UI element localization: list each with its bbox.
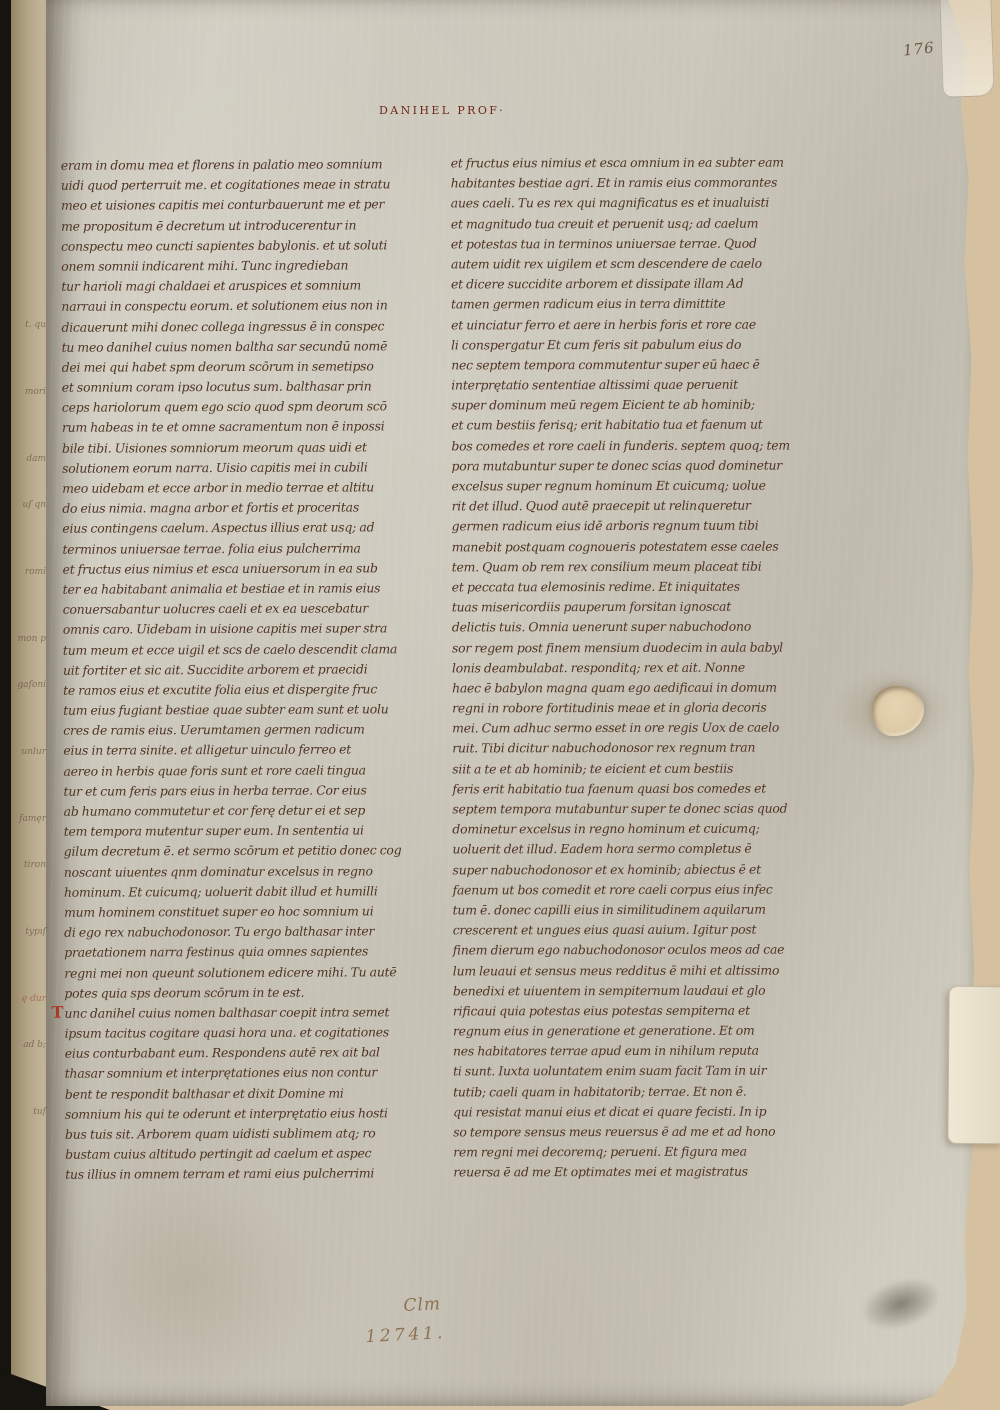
text-line: excelsus super regnum hominum Et cuicumq… bbox=[451, 476, 783, 497]
text-line: autem uidit rex uigilem et scm descender… bbox=[451, 254, 783, 275]
text-line: rem regni mei decoremq; perueni. Et figu… bbox=[453, 1142, 785, 1163]
text-line: mum hominem constituet super eo hoc somn… bbox=[64, 901, 396, 923]
text-line: et fructus eius nimius et esca omnium in… bbox=[451, 153, 783, 174]
text-line: uidi quod perterruit me. et cogitationes… bbox=[61, 174, 393, 196]
text-line: tur et cum feris pars eius in herba terr… bbox=[63, 780, 395, 802]
text-line: et dicere succidite arborem et dissipate… bbox=[451, 274, 783, 295]
text-line: pora mutabuntur super te donec scias quo… bbox=[451, 455, 783, 476]
text-line: bile tibi. Uisiones somniorum meorum qua… bbox=[62, 437, 394, 459]
text-line: somnium his qui te oderunt et interpręta… bbox=[65, 1103, 397, 1125]
text-line: delictis tuis. Omnia uenerunt super nabu… bbox=[452, 617, 784, 638]
text-line: et fructus eius nimius et esca uniuersor… bbox=[63, 558, 395, 580]
text-line: bos comedes et rore caeli in funderis. s… bbox=[451, 435, 783, 456]
text-line: ab humano commutetur et cor ferę detur e… bbox=[64, 800, 396, 822]
text-line: tamen germen radicum eius in terra dimit… bbox=[451, 294, 783, 315]
text-line: siit a te et ab hominib; te eicient et c… bbox=[452, 758, 784, 779]
margin-fragment: romi bbox=[25, 567, 46, 577]
text-line: tem. Quam ob rem rex consilium meum plac… bbox=[452, 556, 784, 577]
text-line: so tempore sensus meus reuersus ē ad me … bbox=[453, 1122, 785, 1143]
text-line: tem tempora mutentur super eum. In sente… bbox=[64, 820, 396, 842]
text-line: rum habeas in te et omne sacramentum non… bbox=[62, 417, 394, 439]
margin-fragment: tuſ bbox=[33, 1107, 46, 1117]
margin-fragment: tiron bbox=[24, 860, 46, 870]
text-line: rit det illud. Quod autē praecepit ut re… bbox=[452, 496, 784, 517]
text-line: septem tempora mutabuntur super te donec… bbox=[452, 799, 784, 820]
repair-strip-right bbox=[947, 986, 1000, 1144]
text-line: regni in robore fortitudinis meae et in … bbox=[452, 698, 784, 719]
text-line: reuersa ē ad me Et optimates mei et magi… bbox=[453, 1162, 785, 1183]
text-line: dei mei qui habet spm deorum scōrum in s… bbox=[62, 356, 394, 378]
text-line: meo uidebam et ecce arbor in medio terra… bbox=[62, 477, 394, 499]
text-line: regni mei non queunt solutionem edicere … bbox=[64, 962, 396, 984]
text-line: benedixi et uiuentem in sempiternum laud… bbox=[453, 980, 785, 1001]
text-line: super nabuchodonosor et ex hominib; abie… bbox=[453, 859, 785, 880]
text-line: super dominum meū regem Eicient te ab ho… bbox=[451, 395, 783, 416]
text-line: haec ē babylon magna quam ego aedificaui… bbox=[452, 677, 784, 698]
text-line: onem somnii indicarent mihi. Tunc ingred… bbox=[61, 255, 393, 277]
text-line: do eius nimia. magna arbor et fortis et … bbox=[62, 497, 394, 519]
text-line: tuas misericordiis pauperum forsitan ign… bbox=[452, 597, 784, 618]
text-line: uit fortiter et sic ait. Succidite arbor… bbox=[63, 659, 395, 681]
text-column-left: eram in domu mea et florens in palatio m… bbox=[61, 154, 397, 1185]
text-line: cres de ramis eius. Uerumtamen germen ra… bbox=[63, 720, 395, 742]
text-line: manebit postquam cognoueris potestatem e… bbox=[452, 536, 784, 557]
text-line: Tunc danihel cuius nomen balthasar coepi… bbox=[64, 1002, 396, 1024]
text-line: ceps hariolorum quem ego scio quod spm d… bbox=[62, 397, 394, 419]
text-line: li conspergatur Et cum feris sit pabulum… bbox=[451, 334, 783, 355]
text-line: ruit. Tibi dicitur nabuchodonosor rex re… bbox=[452, 738, 784, 759]
text-line: interprętatio sententiae altissimi quae … bbox=[451, 375, 783, 396]
text-line: bustam cuius altitudo pertingit ad caelu… bbox=[65, 1143, 397, 1165]
text-line: lum leuaui et sensus meus redditus ē mih… bbox=[453, 960, 785, 981]
text-line: di ego rex nabuchodonosor. Tu ergo balth… bbox=[64, 921, 396, 943]
margin-fragment: ad b; bbox=[23, 1040, 46, 1050]
text-line: nes habitatores terrae apud eum in nihil… bbox=[453, 1041, 785, 1062]
text-line: qui resistat manui eius et dicat ei quar… bbox=[453, 1101, 785, 1122]
facing-page-text-fragments: t. qumoridamuſ qnromimon pgaſoniunlurfam… bbox=[10, 320, 50, 1200]
manuscript-photo: t. qumoridamuſ qnromimon pgaſoniunlurfam… bbox=[0, 0, 1000, 1410]
text-line: terminos uniuersae terrae. folia eius pu… bbox=[62, 538, 394, 560]
text-line: meo et uisiones capitis mei conturbaueru… bbox=[61, 195, 393, 217]
text-line: ter ea habitabant animalia et bestiae et… bbox=[63, 578, 395, 600]
text-line: uoluerit det illud. Eadem hora sermo com… bbox=[452, 839, 784, 860]
margin-fragment: t. qu bbox=[25, 320, 46, 330]
text-line: et somnium coram ipso locutus sum. balth… bbox=[62, 376, 394, 398]
text-line: eius conturbabant eum. Respondens autē r… bbox=[65, 1043, 397, 1065]
margin-fragment: uſ qn bbox=[22, 500, 46, 510]
text-line: mei. Cum adhuc sermo esset in ore regis … bbox=[452, 718, 784, 739]
text-line: tum eius fugiant bestiae quae subter eam… bbox=[63, 699, 395, 721]
text-line: aereo in herbis quae foris sunt et rore … bbox=[63, 760, 395, 782]
text-line: solutionem eorum narra. Uisio capitis me… bbox=[62, 457, 394, 479]
text-line: habitantes bestiae agri. Et in ramis eiu… bbox=[451, 173, 783, 194]
text-line: praetationem narra festinus quia omnes s… bbox=[64, 942, 396, 964]
text-line: ti sunt. Iuxta uoluntatem enim suam faci… bbox=[453, 1061, 785, 1082]
text-line: et magnitudo tua creuit et peruenit usq;… bbox=[451, 213, 783, 234]
text-line: et peccata tua elemosinis redime. Et ini… bbox=[452, 577, 784, 598]
text-line: nec septem tempora commutentur super eū … bbox=[451, 354, 783, 375]
text-line: omnis caro. Uidebam in uisione capitis m… bbox=[63, 619, 395, 641]
text-line: tutib; caeli quam in habitatorib; terrae… bbox=[453, 1081, 785, 1102]
folio-number: 176 bbox=[902, 38, 935, 59]
text-line: eram in domu mea et florens in palatio m… bbox=[61, 154, 393, 176]
parchment-stain bbox=[60, 1180, 320, 1390]
margin-fragment: unlur bbox=[21, 747, 46, 757]
text-line: bus tuis sit. Arborem quam uidisti subli… bbox=[65, 1123, 397, 1145]
text-line: hominum. Et cuicumq; uoluerit dabit illu… bbox=[64, 881, 396, 903]
text-line: eius contingens caelum. Aspectus illius … bbox=[62, 518, 394, 540]
margin-fragment: gaſoni bbox=[17, 680, 46, 690]
text-line: gilum decretum ē. et sermo scōrum et pet… bbox=[64, 841, 396, 863]
text-line: te ramos eius et excutite folia eius et … bbox=[63, 679, 395, 701]
text-line: dominetur excelsus in regno hominum et c… bbox=[452, 819, 784, 840]
margin-fragment: typıſ bbox=[25, 927, 46, 937]
text-line: potes quia sps deorum scōrum in te est. bbox=[64, 982, 396, 1004]
text-line: dicauerunt mihi donec collega ingressus … bbox=[61, 316, 393, 338]
text-line: aues caeli. Tu es rex qui magnificatus e… bbox=[451, 193, 783, 214]
text-line: eius in terra sinite. et alligetur uincu… bbox=[63, 740, 395, 762]
text-line: et cum bestiis ferisq; erit habitatio tu… bbox=[451, 415, 783, 436]
text-line: feris erit habitatio tua faenum quasi bo… bbox=[452, 778, 784, 799]
text-line: faenum ut bos comedit et rore caeli corp… bbox=[453, 879, 785, 900]
text-line: lonis deambulabat. responditq; rex et ai… bbox=[452, 657, 784, 678]
margin-fragment: dam bbox=[26, 454, 46, 464]
text-line: regnum eius in generatione et generation… bbox=[453, 1021, 785, 1042]
text-line: conuersabantur uolucres caeli et ex ea u… bbox=[63, 598, 395, 620]
text-line: et potestas tua in terminos uniuersae te… bbox=[451, 233, 783, 254]
running-header: DANIHEL PROF· bbox=[379, 104, 505, 117]
repair-strip-top-right bbox=[939, 0, 995, 98]
text-line: rificaui quia potestas eius potestas sem… bbox=[453, 1000, 785, 1021]
margin-fragment: ę dur bbox=[22, 994, 46, 1004]
text-line: conspectu meo cuncti sapientes babylonis… bbox=[61, 235, 393, 257]
text-line: tu meo danihel cuius nomen baltha sar se… bbox=[62, 336, 394, 358]
text-column-right: et fructus eius nimius et esca omnium in… bbox=[451, 153, 786, 1183]
text-line: tum meum et ecce uigil et scs de caelo d… bbox=[63, 639, 395, 661]
text-line: bent te respondit balthasar et dixit Dom… bbox=[65, 1083, 397, 1105]
margin-fragment: mori bbox=[25, 387, 46, 397]
text-line: et uinciatur ferro et aere in herbis for… bbox=[451, 314, 783, 335]
text-line: tus illius in omnem terram et rami eius … bbox=[65, 1164, 397, 1186]
text-line: germen radicum eius idē arboris regnum t… bbox=[452, 516, 784, 537]
text-line: narraui in conspectu eorum. et solutione… bbox=[61, 296, 393, 318]
text-line: crescerent et ungues eius quasi auium. I… bbox=[453, 920, 785, 941]
shelfmark: Clm 12741. bbox=[329, 1292, 481, 1349]
text-line: tur harioli magi chaldaei et aruspices e… bbox=[61, 275, 393, 297]
text-line: noscant uiuentes qnm dominatur excelsus … bbox=[64, 861, 396, 883]
text-line: me propositum ē decretum ut introduceren… bbox=[61, 215, 393, 237]
text-line: ipsum tacitus cogitare quasi hora una. e… bbox=[65, 1022, 397, 1044]
text-line: thasar somnium et interprętationes eius … bbox=[65, 1063, 397, 1085]
margin-fragment: mon p bbox=[18, 634, 46, 644]
rubric-initial: T bbox=[51, 1003, 63, 1023]
text-line: sor regem post finem mensium duodecim in… bbox=[452, 637, 784, 658]
text-line: finem dierum ego nabuchodonosor oculos m… bbox=[453, 940, 785, 961]
text-line: tum ē. donec capilli eius in similitudin… bbox=[453, 900, 785, 921]
margin-fragment: famęr bbox=[19, 814, 46, 824]
